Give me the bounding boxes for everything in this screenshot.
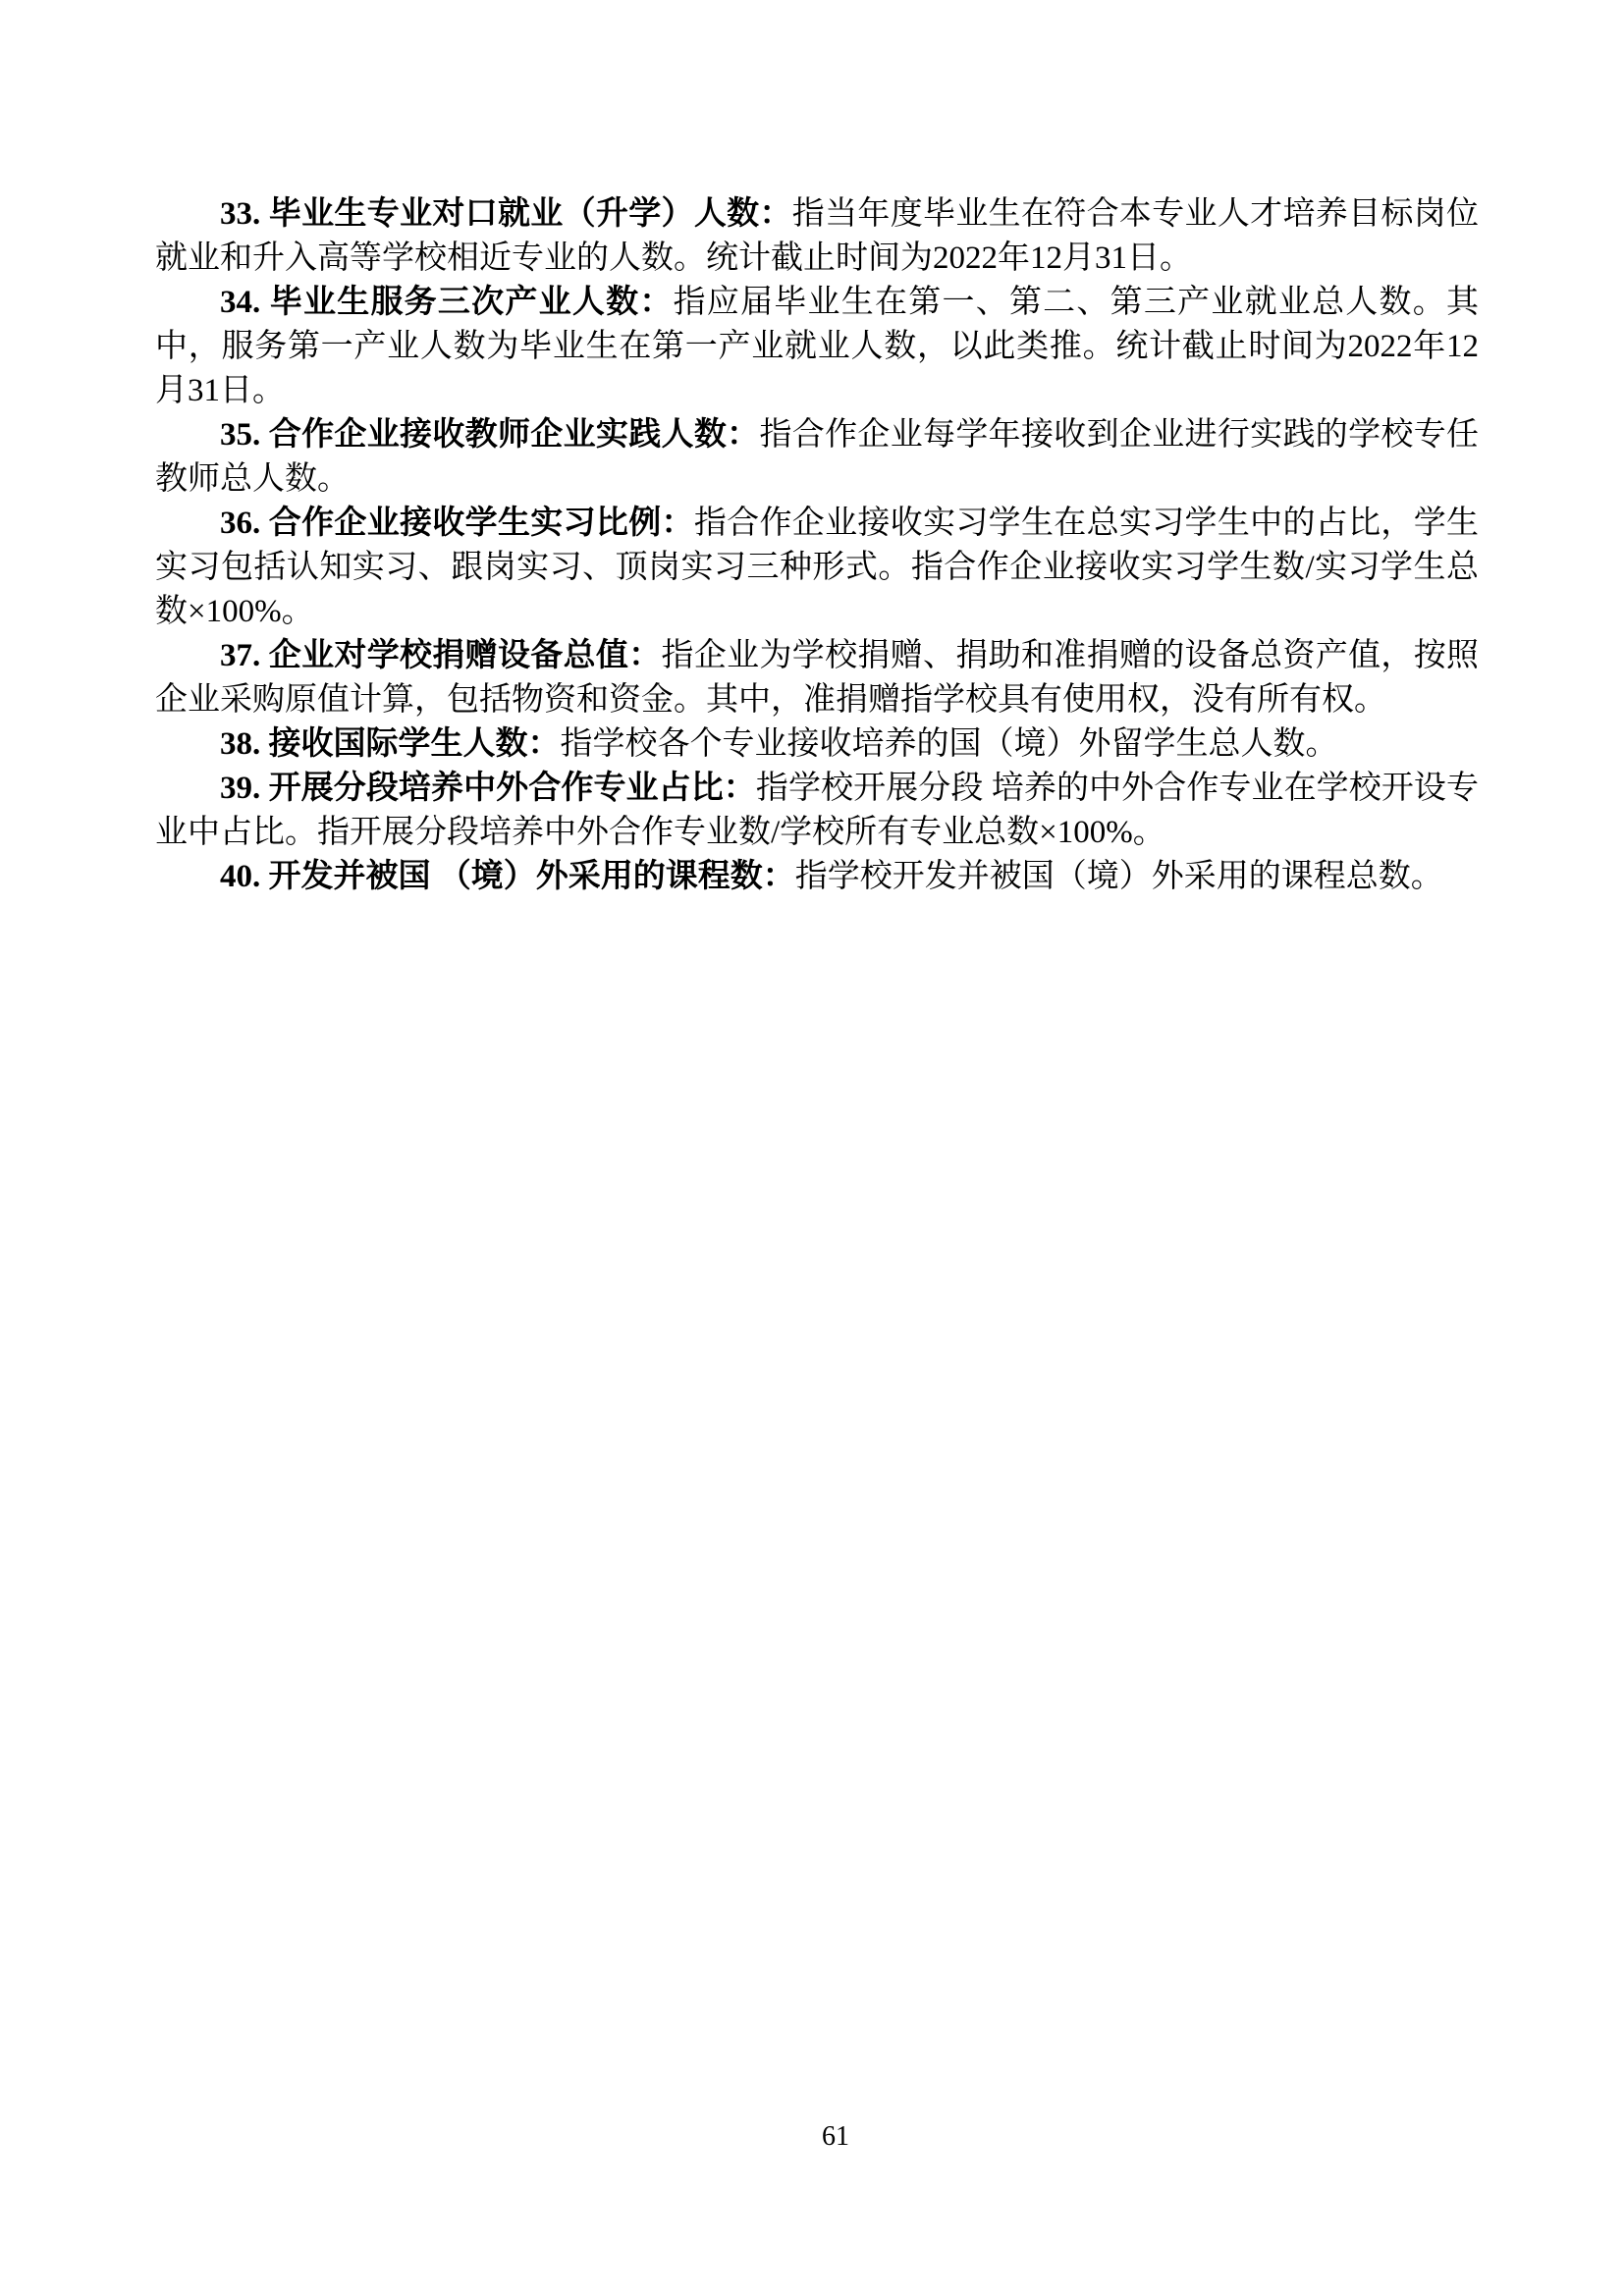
definition-item-38: 38. 接收国际学生人数：指学校各个专业接收培养的国（境）外留学生总人数。 — [155, 722, 1479, 767]
item-40-body: 指学校开发并被国（境）外采用的课程总数。 — [795, 859, 1443, 894]
definitions-list: 33. 毕业生专业对口就业（升学）人数：指当年度毕业生在符合本专业人才培养目标岗… — [155, 192, 1479, 899]
definition-item-35: 35. 合作企业接收教师企业实践人数：指合作企业每学年接收到企业进行实践的学校专… — [155, 413, 1479, 502]
definition-item-40: 40. 开发并被国 （境）外采用的课程数：指学校开发并被国（境）外采用的课程总数… — [155, 855, 1479, 899]
item-37-heading: 37. 企业对学校捐赠设备总值： — [220, 638, 662, 673]
item-40-heading: 40. 开发并被国 （境）外采用的课程数： — [220, 859, 795, 894]
definition-item-36: 36. 合作企业接收学生实习比例：指合作企业接收实习学生在总实习学生中的占比，学… — [155, 502, 1479, 634]
page-number: 61 — [822, 2120, 849, 2154]
item-39-heading: 39. 开展分段培养中外合作专业占比： — [220, 771, 756, 806]
item-36-heading: 36. 合作企业接收学生实习比例： — [220, 506, 694, 541]
definition-item-37: 37. 企业对学校捐赠设备总值：指企业为学校捐赠、捐助和准捐赠的设备总资产值，按… — [155, 634, 1479, 722]
definition-item-34: 34. 毕业生服务三次产业人数：指应届毕业生在第一、第二、第三产业就业总人数。其… — [155, 281, 1479, 413]
item-34-heading: 34. 毕业生服务三次产业人数： — [220, 285, 674, 320]
document-page: 33. 毕业生专业对口就业（升学）人数：指当年度毕业生在符合本专业人才培养目标岗… — [0, 0, 1624, 2296]
item-38-heading: 38. 接收国际学生人数： — [220, 726, 561, 762]
item-38-body: 指学校各个专业接收培养的国（境）外留学生总人数。 — [561, 726, 1338, 762]
item-33-heading: 33. 毕业生专业对口就业（升学）人数： — [220, 196, 792, 232]
definition-item-39: 39. 开展分段培养中外合作专业占比：指学校开展分段 培养的中外合作专业在学校开… — [155, 767, 1479, 855]
item-35-heading: 35. 合作企业接收教师企业实践人数： — [220, 417, 759, 453]
definition-item-33: 33. 毕业生专业对口就业（升学）人数：指当年度毕业生在符合本专业人才培养目标岗… — [155, 192, 1479, 281]
